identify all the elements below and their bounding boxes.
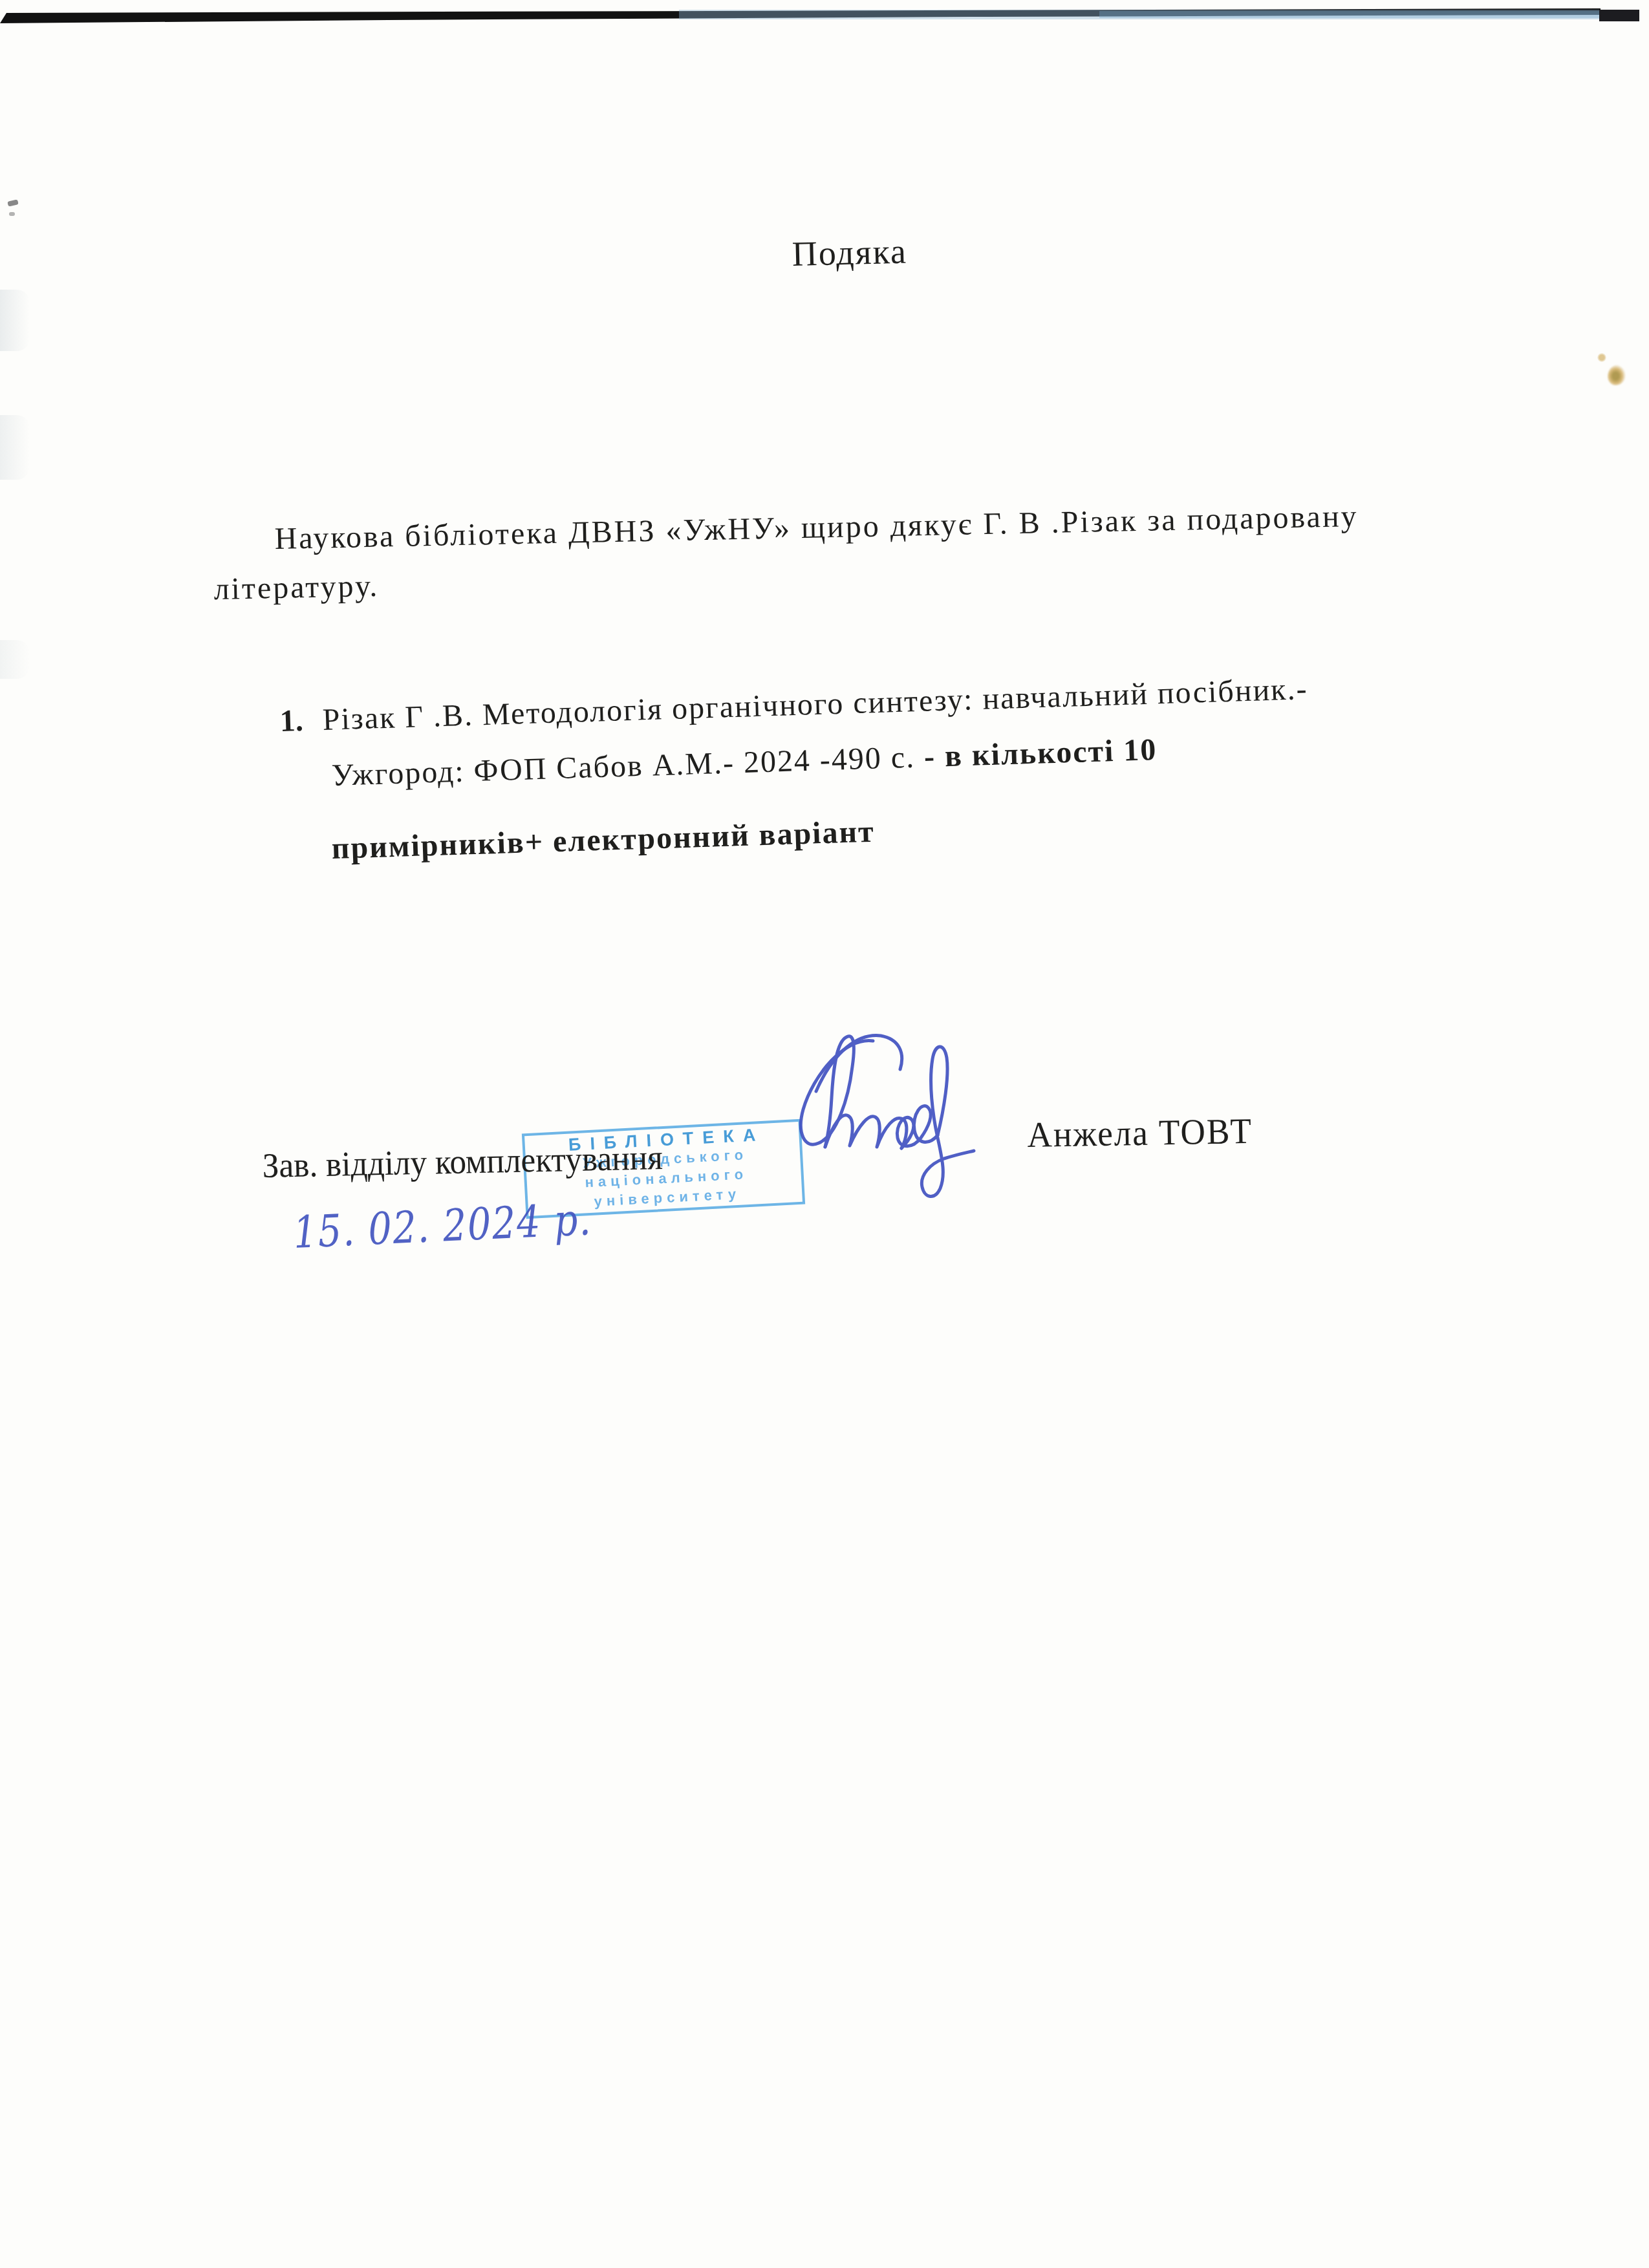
book-reference-text: Ужгород: ФОП Сабов А.М.- 2024 -490 с. [331, 740, 925, 793]
copies-count-text: - в кількості 10 [923, 733, 1158, 774]
edge-mark [7, 199, 18, 206]
edge-mark-small [9, 212, 15, 216]
handwritten-date: 15. 02. 2024 р. [292, 1194, 593, 1259]
book-list-item-line-1: 1.Різак Г .В. Методологія органічного си… [279, 671, 1308, 739]
signoff-position-label: Зав. відділу комплектування [262, 1137, 663, 1186]
book-list-item-line-2: Ужгород: ФОП Сабов А.М.- 2024 -490 с. - … [331, 732, 1158, 793]
edge-smudge [0, 415, 30, 480]
body-paragraph-line-1: Наукова бібліотека ДВНЗ «УжНУ» щиро дяку… [274, 498, 1359, 557]
paper-speck-small [1597, 353, 1606, 362]
book-list-item-line-3: примірників+ електронний варіант [331, 814, 876, 866]
body-paragraph-line-2: літературу. [213, 568, 380, 607]
handwritten-signature [782, 1032, 983, 1200]
scan-edge-artifact [0, 0, 1649, 45]
paper-speck [1608, 365, 1626, 385]
edge-smudge [0, 290, 30, 351]
document-title: Подяка [792, 231, 908, 274]
scanned-page: Подяка Наукова бібліотека ДВНЗ «УжНУ» щи… [0, 0, 1649, 2268]
list-item-number: 1. [279, 703, 304, 739]
edge-smudge [0, 640, 30, 679]
book-reference-text: Різак Г .В. Методологія органічного синт… [322, 672, 1308, 737]
signoff-name: Анжела ТОВТ [1027, 1111, 1253, 1156]
